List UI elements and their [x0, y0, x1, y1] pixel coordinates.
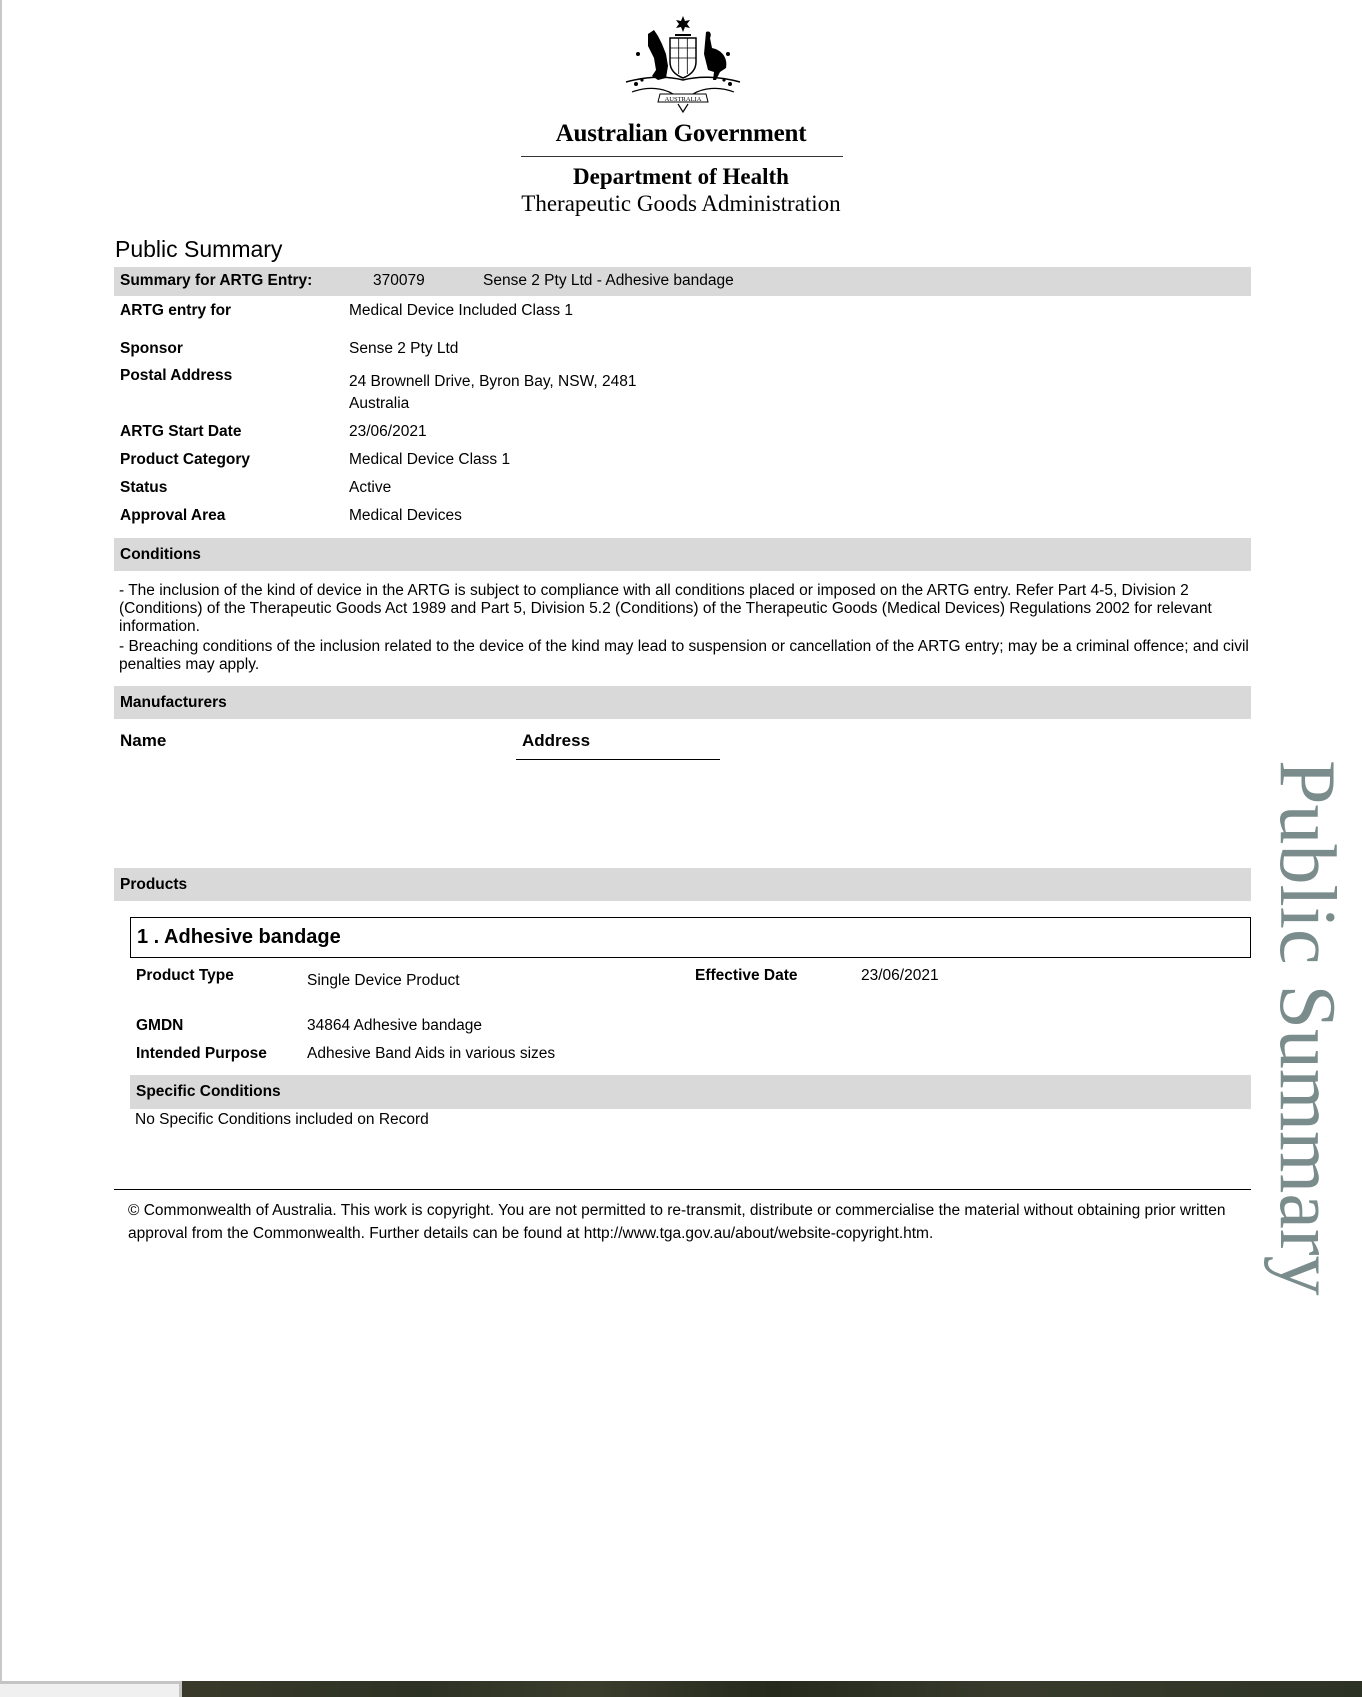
specific-conditions-heading: Specific Conditions: [136, 1083, 281, 1101]
svg-text:AUSTRALIA: AUSTRALIA: [665, 96, 702, 103]
product-title: 1 . Adhesive bandage: [137, 926, 341, 949]
detail-value-artg-start-date: 23/06/2021: [349, 423, 427, 441]
specific-conditions-value: No Specific Conditions included on Recor…: [135, 1111, 429, 1129]
detail-label-approval-area: Approval Area: [120, 507, 225, 525]
page-left-border: [0, 0, 2, 1681]
department-name: Department of Health: [0, 164, 1362, 190]
manufacturers-bar: Manufacturers: [114, 686, 1251, 719]
copyright-notice: © Commonwealth of Australia. This work i…: [128, 1199, 1243, 1245]
detail-label-postal-address: Postal Address: [120, 367, 232, 385]
products-heading: Products: [120, 876, 187, 894]
detail-value-artg-entry-for: Medical Device Included Class 1: [349, 302, 573, 320]
products-bar: Products: [114, 868, 1251, 901]
intended-purpose-label: Intended Purpose: [136, 1045, 267, 1063]
detail-label-status: Status: [120, 479, 167, 497]
gmdn-value: 34864 Adhesive bandage: [307, 1017, 482, 1035]
manufacturers-column-name: Name: [120, 731, 166, 751]
detail-value-approval-area: Medical Devices: [349, 507, 462, 525]
product-type-label: Product Type: [136, 967, 234, 985]
address-column-underline: [516, 759, 720, 760]
artg-entry-number: 370079: [373, 272, 425, 290]
manufacturers-heading: Manufacturers: [120, 694, 227, 712]
public-summary-watermark: Public Summary: [1262, 760, 1352, 1390]
effective-date-value: 23/06/2021: [861, 967, 939, 985]
viewer-bottom-left-panel: [0, 1684, 179, 1697]
product-type-value: Single Device Product: [307, 972, 460, 990]
viewer-bottom-background: [182, 1681, 1362, 1697]
product-title-box: 1 . Adhesive bandage: [130, 917, 1251, 958]
detail-label-artg-entry-for: ARTG entry for: [120, 302, 231, 320]
detail-label-artg-start-date: ARTG Start Date: [120, 423, 241, 441]
detail-label-product-category: Product Category: [120, 451, 250, 469]
detail-value-postal-address: 24 Brownell Drive, Byron Bay, NSW, 2481: [349, 373, 636, 391]
gmdn-label: GMDN: [136, 1017, 183, 1035]
conditions-heading: Conditions: [120, 546, 201, 564]
header-divider: [521, 156, 843, 157]
condition-paragraph-2: - Breaching conditions of the inclusion …: [119, 638, 1249, 674]
condition-paragraph-1: - The inclusion of the kind of device in…: [119, 582, 1249, 636]
agency-name: Therapeutic Goods Administration: [0, 191, 1362, 217]
artg-entry-name: Sense 2 Pty Ltd - Adhesive bandage: [483, 272, 734, 290]
footer-divider: [114, 1189, 1251, 1190]
conditions-bar: Conditions: [114, 538, 1251, 571]
summary-bar: Summary for ARTG Entry: 370079 Sense 2 P…: [114, 267, 1251, 296]
detail-value-status: Active: [349, 479, 391, 497]
australian-coat-of-arms-icon: AUSTRALIA: [618, 14, 748, 114]
summary-bar-label: Summary for ARTG Entry:: [120, 272, 312, 290]
detail-label-sponsor: Sponsor: [120, 340, 183, 358]
specific-conditions-bar: Specific Conditions: [130, 1075, 1251, 1109]
effective-date-label: Effective Date: [695, 967, 798, 985]
intended-purpose-value: Adhesive Band Aids in various sizes: [307, 1045, 555, 1063]
manufacturers-column-address: Address: [522, 731, 590, 751]
detail-value-sponsor: Sense 2 Pty Ltd: [349, 340, 458, 358]
page-title: Public Summary: [115, 236, 282, 263]
government-name: Australian Government: [0, 120, 1362, 148]
detail-value-product-category: Medical Device Class 1: [349, 451, 510, 469]
detail-value-postal-address-country: Australia: [349, 395, 409, 413]
